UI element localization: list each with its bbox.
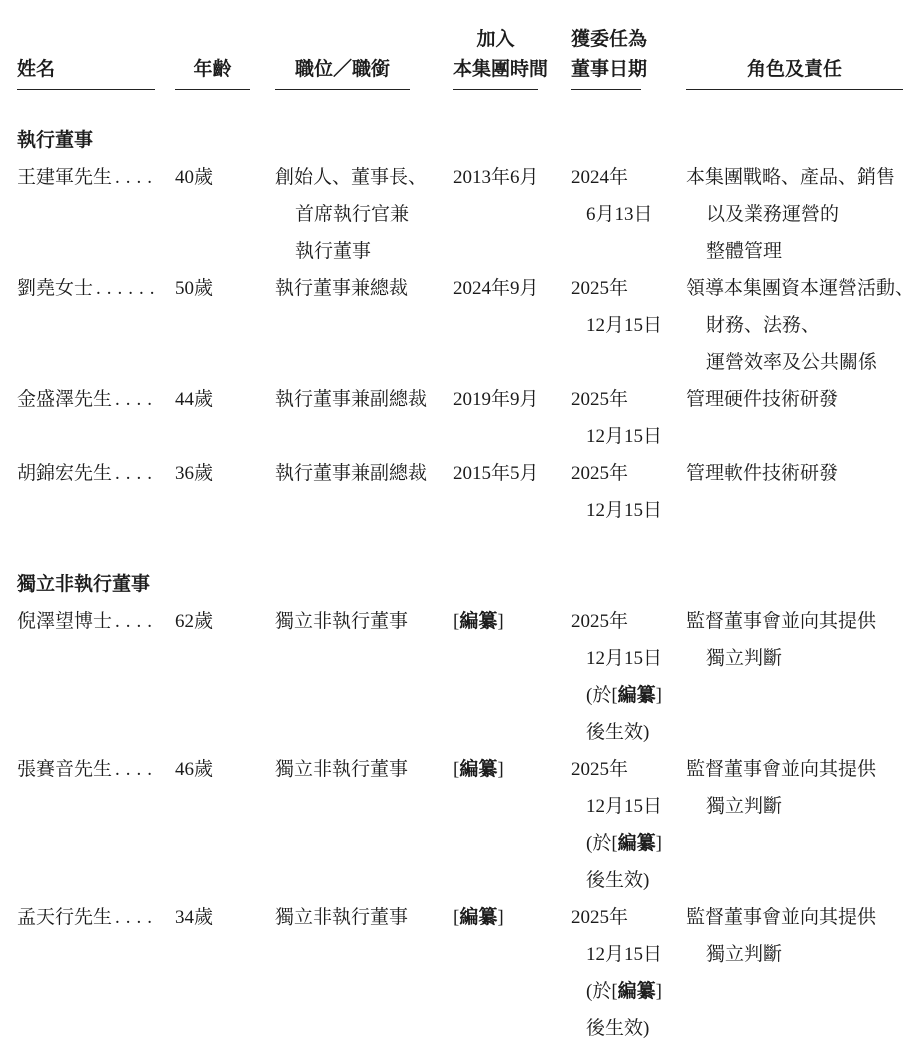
appointed-line: 2025年 [571, 455, 641, 492]
director-name: 倪澤望博士 [17, 611, 112, 632]
appointed-line: 2025年 [571, 751, 641, 788]
joined-line: 2024年9月 [453, 270, 538, 307]
column-header-label: 職位／職銜 [275, 55, 410, 85]
column-header-joined: 加入本集團時間 [453, 25, 538, 90]
director-row: 張賽音先生....46歲獨立非執行董事[編纂]2025年12月15日(於[編纂]… [17, 751, 912, 899]
text-segment: ] [497, 759, 503, 780]
appointed-line: 2024年 [571, 159, 641, 196]
position-line: 執行董事兼副總裁 [275, 455, 410, 492]
director-age: 46歲 [175, 751, 250, 788]
director-appointed-cell: 2024年6月13日 [571, 159, 641, 233]
text-segment: ] [656, 833, 662, 854]
roles-line: 以及業務運營的 [686, 196, 903, 233]
appointed-line: 12月15日 [571, 492, 641, 529]
director-name-cell: 張賽音先生.... [17, 751, 155, 788]
director-name-cell: 胡錦宏先生.... [17, 455, 155, 492]
director-joined-cell: [編纂] [453, 899, 538, 936]
appointed-line: (於[編纂] [571, 677, 641, 714]
director-age: 50歲 [175, 270, 250, 307]
roles-line: 管理軟件技術研發 [686, 455, 903, 492]
roles-line: 獨立判斷 [686, 788, 903, 825]
column-header-label: 角色及責任 [686, 55, 903, 85]
director-age-cell: 36歲 [175, 455, 250, 492]
director-roles-cell: 領導本集團資本運營活動、財務、法務、運營效率及公共關係 [686, 270, 903, 381]
column-header-age: 年齡 [175, 55, 250, 90]
director-joined-cell: [編纂] [453, 751, 538, 788]
appointed-line: 2025年 [571, 899, 641, 936]
director-name-cell: 劉堯女士...... [17, 270, 155, 307]
text-segment: ] [656, 981, 662, 1002]
appointed-line: (於[編纂] [571, 973, 641, 1010]
director-position-cell: 執行董事兼副總裁 [275, 455, 410, 492]
column-header-roles: 角色及責任 [686, 55, 903, 90]
director-age-cell: 34歲 [175, 899, 250, 936]
text-segment: ] [497, 611, 503, 632]
column-header-label: 姓名 [17, 55, 155, 85]
appointed-line: 2025年 [571, 603, 641, 640]
director-name: 王建軍先生 [17, 167, 112, 188]
director-position-cell: 獨立非執行董事 [275, 899, 410, 936]
redaction-label: 編纂 [618, 685, 656, 706]
position-line: 首席執行官兼 [275, 196, 410, 233]
director-row: 金盛澤先生....44歲執行董事兼副總裁2019年9月2025年12月15日管理… [17, 381, 912, 455]
director-age-cell: 46歲 [175, 751, 250, 788]
redaction-label: 編纂 [459, 611, 497, 632]
appointed-line: 6月13日 [571, 196, 641, 233]
appointed-line: 後生效) [571, 862, 641, 899]
director-joined-cell: 2024年9月 [453, 270, 538, 307]
director-roles-cell: 本集團戰略、產品、銷售以及業務運營的整體管理 [686, 159, 903, 270]
director-appointed-cell: 2025年12月15日(於[編纂]後生效) [571, 899, 641, 1047]
director-name-cell: 倪澤望博士.... [17, 603, 155, 640]
director-appointed-cell: 2025年12月15日 [571, 381, 641, 455]
director-age-cell: 44歲 [175, 381, 250, 418]
director-joined-cell: 2013年6月 [453, 159, 538, 196]
text-segment: ] [656, 685, 662, 706]
dot-leader: .... [112, 389, 158, 410]
appointed-line: 12月15日 [571, 307, 641, 344]
roles-line: 運營效率及公共關係 [686, 344, 903, 381]
roles-line: 監督董事會並向其提供 [686, 603, 903, 640]
director-age-cell: 50歲 [175, 270, 250, 307]
roles-line: 本集團戰略、產品、銷售 [686, 159, 903, 196]
director-name-line: 倪澤望博士.... [17, 603, 155, 640]
dot-leader: ...... [93, 278, 161, 299]
appointed-line: 後生效) [571, 1010, 641, 1047]
roles-line: 整體管理 [686, 233, 903, 270]
table-header-row: 姓名年齡職位／職銜加入本集團時間獲委任為董事日期角色及責任 [17, 25, 912, 90]
position-line: 創始人、董事長、 [275, 159, 410, 196]
director-name: 張賽音先生 [17, 759, 112, 780]
dot-leader: .... [112, 907, 158, 928]
director-position-cell: 獨立非執行董事 [275, 751, 410, 788]
director-name-line: 張賽音先生.... [17, 751, 155, 788]
director-roles-cell: 管理硬件技術研發 [686, 381, 903, 418]
director-row: 倪澤望博士....62歲獨立非執行董事[編纂]2025年12月15日(於[編纂]… [17, 603, 912, 751]
joined-line: 2019年9月 [453, 381, 538, 418]
director-position-cell: 創始人、董事長、首席執行官兼執行董事 [275, 159, 410, 270]
dot-leader: .... [112, 463, 158, 484]
director-appointed-cell: 2025年12月15日 [571, 270, 641, 344]
roles-line: 監督董事會並向其提供 [686, 751, 903, 788]
director-roles-cell: 管理軟件技術研發 [686, 455, 903, 492]
director-age-cell: 40歲 [175, 159, 250, 196]
position-line: 獨立非執行董事 [275, 899, 410, 936]
column-header-label: 年齡 [175, 55, 250, 85]
column-header-position: 職位／職銜 [275, 55, 410, 90]
director-age: 40歲 [175, 159, 250, 196]
column-header-label: 本集團時間 [453, 55, 538, 85]
director-name: 孟天行先生 [17, 907, 112, 928]
director-name-line: 劉堯女士...... [17, 270, 155, 307]
director-age: 34歲 [175, 899, 250, 936]
appointed-line: (於[編纂] [571, 825, 641, 862]
position-line: 獨立非執行董事 [275, 603, 410, 640]
director-name: 胡錦宏先生 [17, 463, 112, 484]
director-row: 王建軍先生....40歲創始人、董事長、首席執行官兼執行董事2013年6月202… [17, 159, 912, 270]
director-joined-cell: [編纂] [453, 603, 538, 640]
joined-line: [編纂] [453, 603, 538, 640]
appointed-line: 12月15日 [571, 418, 641, 455]
director-name-line: 王建軍先生.... [17, 159, 155, 196]
dot-leader: .... [112, 759, 158, 780]
director-age: 36歲 [175, 455, 250, 492]
director-appointed-cell: 2025年12月15日 [571, 455, 641, 529]
text-segment: (於[ [586, 981, 618, 1002]
roles-line: 獨立判斷 [686, 640, 903, 677]
director-appointed-cell: 2025年12月15日(於[編纂]後生效) [571, 751, 641, 899]
roles-line: 監督董事會並向其提供 [686, 899, 903, 936]
director-position-cell: 執行董事兼總裁 [275, 270, 410, 307]
dot-leader: .... [112, 167, 158, 188]
table-body: 執行董事王建軍先生....40歲創始人、董事長、首席執行官兼執行董事2013年6… [17, 122, 912, 1047]
column-header-label: 獲委任為 [571, 25, 641, 55]
joined-line: 2013年6月 [453, 159, 538, 196]
text-segment: ] [497, 907, 503, 928]
appointed-line: 2025年 [571, 381, 641, 418]
director-roles-cell: 監督董事會並向其提供獨立判斷 [686, 603, 903, 677]
director-name-line: 胡錦宏先生.... [17, 455, 155, 492]
roles-line: 領導本集團資本運營活動、 [686, 270, 903, 307]
roles-line: 財務、法務、 [686, 307, 903, 344]
position-line: 執行董事兼副總裁 [275, 381, 410, 418]
redaction-label: 編纂 [618, 833, 656, 854]
director-appointed-cell: 2025年12月15日(於[編纂]後生效) [571, 603, 641, 751]
section-title: 獨立非執行董事 [17, 566, 912, 603]
redaction-label: 編纂 [459, 759, 497, 780]
directors-table: 姓名年齡職位／職銜加入本集團時間獲委任為董事日期角色及責任 執行董事王建軍先生.… [0, 0, 912, 1047]
appointed-line: 12月15日 [571, 936, 641, 973]
section-title: 執行董事 [17, 122, 912, 159]
dot-leader: .... [112, 611, 158, 632]
column-header-label: 加入 [453, 25, 538, 55]
redaction-label: 編纂 [459, 907, 497, 928]
joined-line: [編纂] [453, 899, 538, 936]
director-position-cell: 執行董事兼副總裁 [275, 381, 410, 418]
director-row: 胡錦宏先生....36歲執行董事兼副總裁2015年5月2025年12月15日管理… [17, 455, 912, 529]
column-header-label: 董事日期 [571, 55, 641, 85]
position-line: 執行董事 [275, 233, 410, 270]
director-name-cell: 孟天行先生.... [17, 899, 155, 936]
director-age: 62歲 [175, 603, 250, 640]
director-name-line: 金盛澤先生.... [17, 381, 155, 418]
position-line: 執行董事兼總裁 [275, 270, 410, 307]
director-name-cell: 王建軍先生.... [17, 159, 155, 196]
director-row: 孟天行先生....34歲獨立非執行董事[編纂]2025年12月15日(於[編纂]… [17, 899, 912, 1047]
director-name-cell: 金盛澤先生.... [17, 381, 155, 418]
roles-line: 獨立判斷 [686, 936, 903, 973]
director-joined-cell: 2019年9月 [453, 381, 538, 418]
directors-table-page: 姓名年齡職位／職銜加入本集團時間獲委任為董事日期角色及責任 執行董事王建軍先生.… [0, 0, 912, 1057]
director-age-cell: 62歲 [175, 603, 250, 640]
column-header-appointed: 獲委任為董事日期 [571, 25, 641, 90]
roles-line: 管理硬件技術研發 [686, 381, 903, 418]
director-joined-cell: 2015年5月 [453, 455, 538, 492]
text-segment: (於[ [586, 685, 618, 706]
appointed-line: 12月15日 [571, 640, 641, 677]
column-header-name: 姓名 [17, 55, 155, 90]
joined-line: [編纂] [453, 751, 538, 788]
director-name: 劉堯女士 [17, 278, 93, 299]
text-segment: (於[ [586, 833, 618, 854]
director-roles-cell: 監督董事會並向其提供獨立判斷 [686, 751, 903, 825]
director-position-cell: 獨立非執行董事 [275, 603, 410, 640]
position-line: 獨立非執行董事 [275, 751, 410, 788]
director-roles-cell: 監督董事會並向其提供獨立判斷 [686, 899, 903, 973]
director-name-line: 孟天行先生.... [17, 899, 155, 936]
director-name: 金盛澤先生 [17, 389, 112, 410]
appointed-line: 2025年 [571, 270, 641, 307]
appointed-line: 後生效) [571, 714, 641, 751]
director-age: 44歲 [175, 381, 250, 418]
redaction-label: 編纂 [618, 981, 656, 1002]
appointed-line: 12月15日 [571, 788, 641, 825]
director-row: 劉堯女士......50歲執行董事兼總裁2024年9月2025年12月15日領導… [17, 270, 912, 381]
joined-line: 2015年5月 [453, 455, 538, 492]
